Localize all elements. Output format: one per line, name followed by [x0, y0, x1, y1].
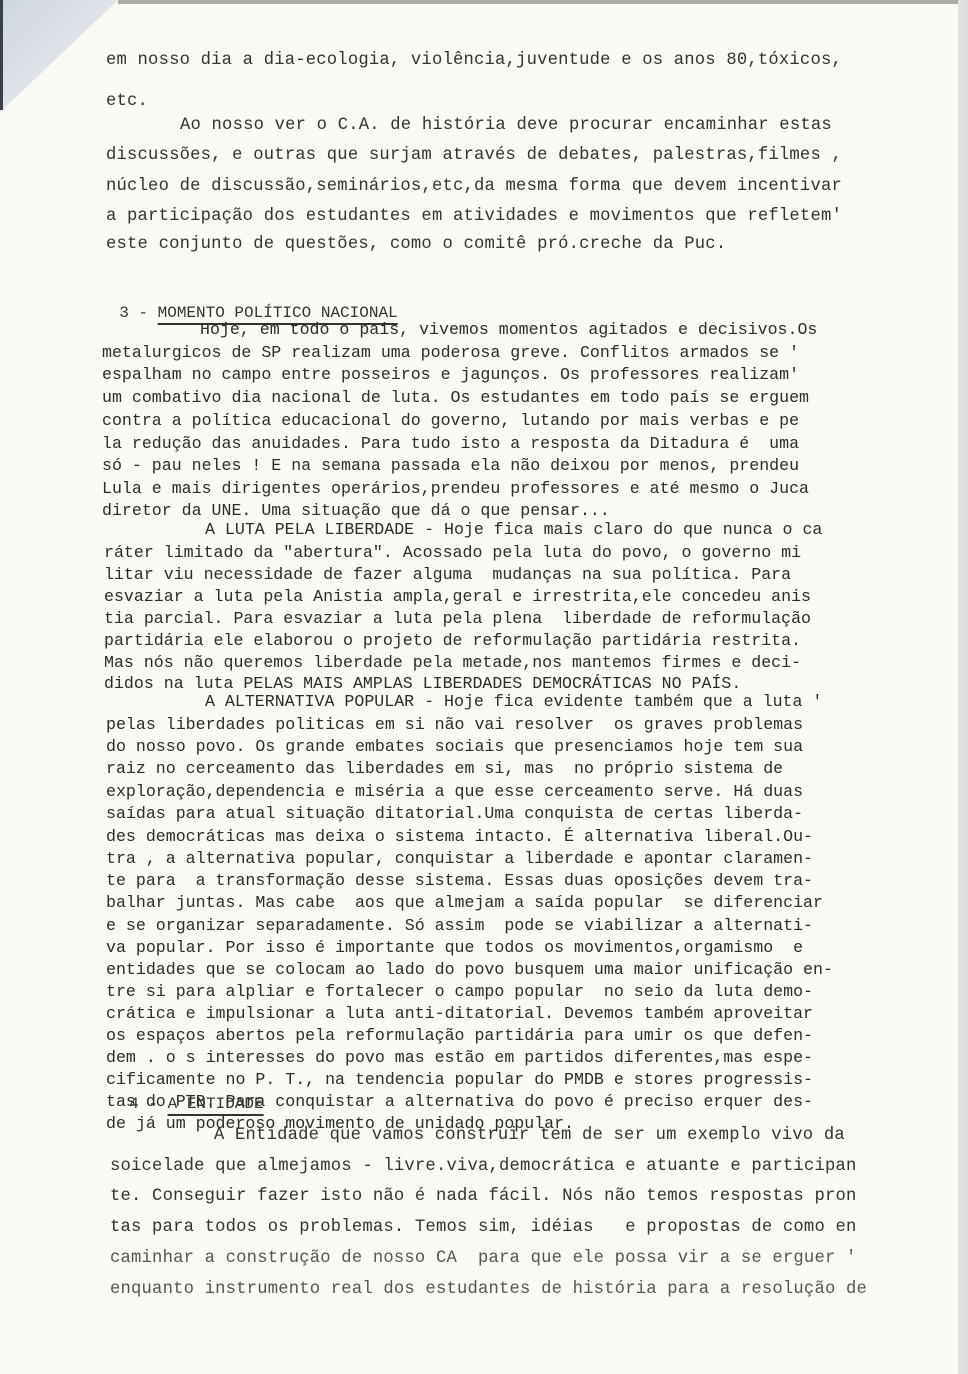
text-line: enquanto instrumento real dos estudantes…	[110, 1281, 867, 1298]
text-line: balhar juntas. Mas cabe aos que almejam …	[106, 895, 823, 912]
text-line: entidades que se colocam ao lado do povo…	[106, 962, 833, 979]
text-line: só - pau neles ! E na semana passada ela…	[102, 458, 799, 475]
text-line: litar viu necessidade de fazer alguma mu…	[104, 567, 791, 584]
text-line: ráter limitado da "abertura". Acossado p…	[104, 545, 801, 562]
text-line: soicelade que almejamos - livre.viva,dem…	[110, 1158, 857, 1175]
text-line: um combativo dia nacional de luta. Os es…	[102, 390, 809, 407]
text-line: tas para todos os problemas. Temos sim, …	[110, 1219, 857, 1236]
text-line: la redução das anuidades. Para tudo isto…	[102, 436, 799, 453]
text-line: diretor da UNE. Uma situação que dá o qu…	[102, 503, 610, 520]
section-number: 4 -	[129, 1095, 167, 1113]
text-line: te para a transformação desse sistema. E…	[106, 873, 813, 890]
text-line: tre si para alpliar e fortalecer o campo…	[106, 984, 813, 1001]
text-line: Mas nós não queremos liberdade pela meta…	[104, 655, 801, 672]
text-line: didos na luta PELAS MAIS AMPLAS LIBERDAD…	[104, 676, 741, 693]
text-line: caminhar a construção de nosso CA para q…	[110, 1250, 857, 1267]
text-line: crática e impulsionar a luta anti-ditato…	[106, 1006, 813, 1023]
text-line: tia parcial. Para esvaziar a luta pela p…	[104, 611, 811, 628]
text-line: te. Conseguir fazer isto não é nada fáci…	[110, 1188, 857, 1205]
text-line: pelas liberdades politicas em si não vai…	[106, 717, 803, 734]
scan-edge	[0, 0, 3, 110]
text-line: e se organizar separadamente. Só assim p…	[106, 918, 813, 935]
text-line: contra a política educacional do governo…	[102, 413, 799, 430]
subheading-alternativa-popular: A ALTERNATIVA POPULAR - Hoje fica eviden…	[205, 694, 822, 711]
section-number: 3 -	[119, 304, 157, 322]
text-line: núcleo de discussão,seminários,etc,da me…	[106, 178, 842, 195]
text-line: metalurgicos de SP realizam uma poderosa…	[102, 345, 799, 362]
scan-right-edge	[958, 0, 968, 1374]
text-line: Lula e mais dirigentes operários,prendeu…	[102, 481, 809, 498]
text-line: Ao nosso ver o C.A. de história deve pro…	[180, 117, 832, 134]
subheading-luta-liberdade: A LUTA PELA LIBERDADE - Hoje fica mais c…	[205, 522, 822, 539]
text-line: dem . o s interesses do povo mas estão e…	[106, 1050, 813, 1067]
section-3-heading: 3 - MOMENTO POLÍTICO NACIONAL	[100, 289, 398, 321]
text-line: exploração,dependencia e miséria a que e…	[106, 784, 803, 801]
text-line: tra , a alternativa popular, conquistar …	[106, 851, 813, 868]
text-line: a participação dos estudantes em ativida…	[106, 208, 842, 225]
section-4-heading: 4 - A ENTIDADE	[110, 1080, 264, 1112]
text-line: partidária ele elaborou o projeto de ref…	[104, 633, 801, 650]
text-line: etc.	[106, 93, 148, 110]
text-line: raiz no cerceamento das liberdades em si…	[106, 761, 783, 778]
scan-top-shadow	[118, 0, 958, 4]
text-line: do nosso povo. Os grande embates sociais…	[106, 739, 803, 756]
text-line: este conjunto de questões, como o comitê…	[106, 236, 726, 253]
text-line: discussões, e outras que surjam através …	[106, 147, 842, 164]
text-line: espalham no campo entre posseiros e jagu…	[102, 367, 799, 384]
text-line: os espaços abertos pela reformulação par…	[106, 1028, 813, 1045]
text-line: va popular. Por isso é importante que to…	[106, 940, 803, 957]
section-title: A ENTIDADE	[168, 1095, 264, 1113]
text-line: A Entidade que vamos construir tem de se…	[214, 1127, 845, 1144]
text-line: esvaziar a luta pela Anistia ampla,geral…	[104, 589, 811, 606]
text-line: saídas para atual situação ditatorial.Um…	[106, 806, 803, 823]
text-line: des democráticas mas deixa o sistema int…	[106, 829, 813, 846]
text-line: em nosso dia a dia-ecologia, violência,j…	[106, 52, 842, 69]
text-line: Hoje, em todo o pais, vivemos momentos a…	[200, 322, 817, 339]
